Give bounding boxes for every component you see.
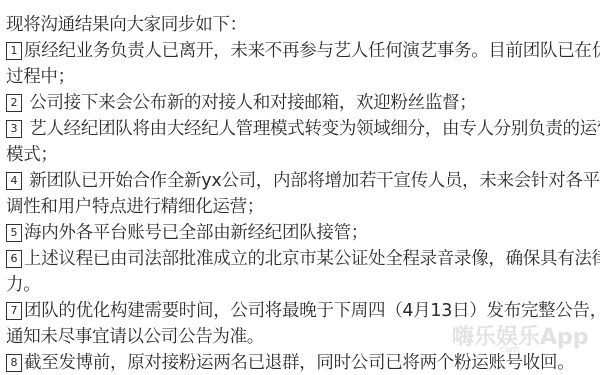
item-text: 原经纪业务负责人已离开，未来不再参与艺人任何演艺事务。目前团队已在优化 (24, 41, 600, 61)
item-text: 上述议程已由司法部批准成立的北京市某公证处全程录音录像，确保具有法律效 (24, 249, 600, 269)
watermark-logo: 嗨乐娱乐App (452, 320, 589, 351)
list-item: 2 公司接下来会公布新的对接人和对接邮箱，欢迎粉丝监督； (6, 90, 596, 116)
item-text-continued: 模式； (6, 142, 596, 168)
list-item: 5海内外各平台账号已全部由新经纪团队接管； (6, 220, 596, 246)
item-text: 截至发博前，原对接粉运两名已退群，同时公司已将两个粉运账号收回。 (24, 353, 574, 373)
item-number-box: 4 (6, 172, 22, 190)
intro-line: 现将沟通结果向大家同步如下： (6, 12, 596, 38)
item-text-continued: 力。 (6, 272, 596, 298)
item-text: 新团队已开始合作全新yx公司，内部将增加若干宣传人员，未来会针对各平台 (24, 171, 600, 191)
list-item: 1原经纪业务负责人已离开，未来不再参与艺人任何演艺事务。目前团队已在优化 过程中… (6, 38, 596, 90)
item-text: 海内外各平台账号已全部由新经纪团队接管； (24, 223, 368, 243)
item-text-continued: 调性和用户特点进行精细化运营； (6, 194, 596, 220)
item-number-box: 8 (6, 354, 22, 372)
item-number-box: 7 (6, 302, 22, 320)
item-number-box: 1 (6, 42, 22, 60)
item-number-box: 6 (6, 250, 22, 268)
item-text-continued: 过程中； (6, 64, 596, 90)
item-number-box: 5 (6, 224, 22, 242)
list-item: 6上述议程已由司法部批准成立的北京市某公证处全程录音录像，确保具有法律效 力。 (6, 246, 596, 298)
list-item: 3 艺人经纪团队将由大经纪人管理模式转变为领域细分，由专人分别负责的运营 模式； (6, 116, 596, 168)
item-text: 公司接下来会公布新的对接人和对接邮箱，欢迎粉丝监督； (24, 93, 476, 113)
watermark-subtext: com (500, 345, 519, 355)
item-number-box: 3 (6, 120, 22, 138)
item-text: 艺人经纪团队将由大经纪人管理模式转变为领域细分，由专人分别负责的运营 (24, 119, 600, 139)
item-number-box: 2 (6, 94, 22, 112)
list-item: 4 新团队已开始合作全新yx公司，内部将增加若干宣传人员，未来会针对各平台 调性… (6, 168, 596, 220)
item-text: 团队的优化构建需要时间，公司将最晚于下周四（4月13日）发布完整公告，本 (24, 301, 600, 321)
